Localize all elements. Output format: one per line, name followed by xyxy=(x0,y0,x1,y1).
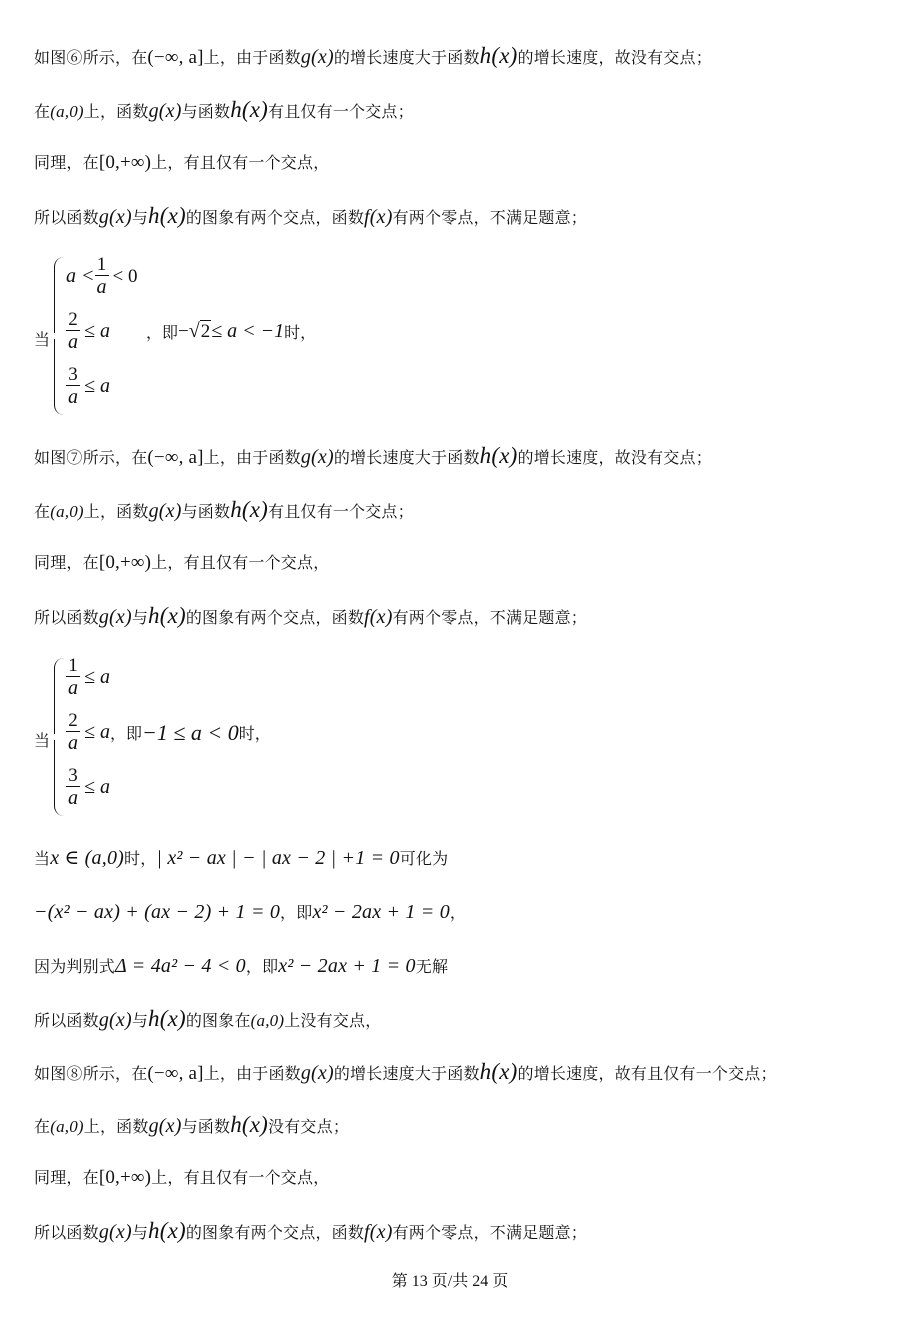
text: 同理，在 xyxy=(34,1168,99,1187)
denominator: a xyxy=(68,331,78,353)
math: h(x) xyxy=(230,1112,268,1137)
text: 与 xyxy=(132,1223,148,1242)
page-number: 第 13 页/共 24 页 xyxy=(0,1268,900,1291)
math: (a,0) xyxy=(50,502,84,521)
math: ≤ a xyxy=(84,776,110,799)
text: 的增长速度大于函数 xyxy=(334,1064,480,1083)
text: 所以函数 xyxy=(34,1011,99,1030)
fraction: 2a xyxy=(66,711,80,754)
text-line: 所以函数g(x)与h(x)的图象在(a,0)上没有交点， xyxy=(34,1008,381,1032)
math: | x² − ax | − | ax − 2 | +1 = 0 xyxy=(156,847,399,869)
case-row: a < 1a < 0 xyxy=(66,255,137,298)
text: 的增长速度，故有且仅有一个交点； xyxy=(518,1064,777,1083)
math: ≤ a xyxy=(84,320,110,343)
case-row: 2a ≤ a ，即 −√2 ≤ a < −1 时， xyxy=(66,310,316,353)
text-line: 所以函数g(x)与h(x)的图象有两个交点，函数f(x)有两个零点，不满足题意； xyxy=(34,605,587,629)
text: 当 xyxy=(34,327,50,350)
text: 同理，在 xyxy=(34,153,99,172)
text: 在 xyxy=(34,102,50,121)
math: (a,0) xyxy=(251,1011,285,1030)
text: 与函数 xyxy=(182,102,231,121)
text: 的图象有两个交点，函数 xyxy=(186,608,364,627)
math: h(x) xyxy=(148,203,186,228)
text: 时， xyxy=(124,849,156,868)
text: 因为判别式 xyxy=(34,957,115,976)
math: −(x² − ax) + (ax − 2) + 1 = 0 xyxy=(34,901,280,923)
text: 所以函数 xyxy=(34,1223,99,1242)
text: 的图象有两个交点，函数 xyxy=(186,208,364,227)
math: f(x) xyxy=(364,206,393,228)
text: 与 xyxy=(132,208,148,227)
math: (a,0) xyxy=(50,1117,84,1136)
numerator: 1 xyxy=(68,656,78,676)
text: 没有交点； xyxy=(268,1117,349,1136)
text: 当 xyxy=(34,849,50,868)
text: ， xyxy=(450,903,466,922)
text: 上没有交点， xyxy=(284,1011,381,1030)
math: g(x) xyxy=(99,606,132,628)
fraction: 3a xyxy=(66,365,80,408)
text: ，即 xyxy=(246,957,278,976)
math: [0,+∞) xyxy=(99,1167,151,1188)
text: ，即 xyxy=(110,721,142,744)
document-page: 如图⑥所示，在(−∞, a]上，由于函数g(x)的增长速度大于函数h(x)的增长… xyxy=(0,0,900,1326)
text-line: 同理，在[0,+∞)上，有且仅有一个交点， xyxy=(34,552,329,574)
text: 当 xyxy=(34,728,50,751)
case-row: 3a ≤ a xyxy=(66,766,110,809)
math: g(x) xyxy=(99,1009,132,1031)
math: (−∞, a] xyxy=(147,1063,203,1084)
text: 的增长速度，故没有交点； xyxy=(518,448,712,467)
text: 上，函数 xyxy=(84,502,149,521)
text: 所以函数 xyxy=(34,208,99,227)
text: 上，有且仅有一个交点， xyxy=(151,553,329,572)
text-line: 如图⑦所示，在(−∞, a]上，由于函数g(x)的增长速度大于函数h(x)的增长… xyxy=(34,445,712,469)
math: h(x) xyxy=(148,1006,186,1031)
math: a < xyxy=(66,265,95,288)
text: 如图⑧所示，在 xyxy=(34,1064,147,1083)
brace-icon xyxy=(54,658,65,734)
numerator: 1 xyxy=(97,255,107,275)
math: h(x) xyxy=(148,603,186,628)
denominator: a xyxy=(68,732,78,754)
text-line: −(x² − ax) + (ax − 2) + 1 = 0，即x² − 2ax … xyxy=(34,901,466,924)
text-line: 同理，在[0,+∞)上，有且仅有一个交点， xyxy=(34,1167,329,1189)
math: g(x) xyxy=(301,446,334,468)
brace-icon xyxy=(54,339,65,415)
text: 上，函数 xyxy=(84,1117,149,1136)
text-line: 同理，在[0,+∞)上，有且仅有一个交点， xyxy=(34,152,329,174)
case-system-2: 当 1a ≤ a 2a ≤ a ，即 −1 ≤ a < 0 时， 3a ≤ a xyxy=(34,656,434,821)
math: x² − 2ax + 1 = 0 xyxy=(312,901,449,923)
case-system-1: 当 a < 1a < 0 2a ≤ a ，即 −√2 ≤ a < −1 时， 3… xyxy=(34,255,434,420)
math: ≤ a xyxy=(84,666,110,689)
numerator: 3 xyxy=(68,766,78,786)
math: g(x) xyxy=(149,1115,182,1137)
text: 有两个零点，不满足题意； xyxy=(393,608,587,627)
text: 无解 xyxy=(416,957,448,976)
math: (a,0) xyxy=(50,102,84,121)
text-line: 如图⑧所示，在(−∞, a]上，由于函数g(x)的增长速度大于函数h(x)的增长… xyxy=(34,1061,777,1085)
text: 有且仅有一个交点； xyxy=(268,502,414,521)
math: − xyxy=(178,321,189,343)
text: 如图⑥所示，在 xyxy=(34,48,147,67)
text: 上，函数 xyxy=(84,102,149,121)
text: 可化为 xyxy=(400,849,449,868)
text: 的增长速度大于函数 xyxy=(334,448,480,467)
denominator: a xyxy=(68,677,78,699)
text: 与函数 xyxy=(182,1117,231,1136)
math: f(x) xyxy=(364,606,393,628)
math: [0,+∞) xyxy=(99,152,151,173)
text: 在 xyxy=(34,1117,50,1136)
brace-icon xyxy=(54,257,65,333)
math: g(x) xyxy=(99,206,132,228)
text: 上，有且仅有一个交点， xyxy=(151,153,329,172)
math: g(x) xyxy=(149,100,182,122)
text: 与函数 xyxy=(182,502,231,521)
text: 同理，在 xyxy=(34,553,99,572)
text: 在 xyxy=(34,502,50,521)
math: g(x) xyxy=(301,46,334,68)
math: ≤ a < −1 xyxy=(211,320,284,343)
math: −1 ≤ a < 0 xyxy=(142,720,239,746)
text: 的增长速度大于函数 xyxy=(334,48,480,67)
text: 与 xyxy=(132,1011,148,1030)
math: x ∈ (a,0) xyxy=(50,847,124,869)
math: < 0 xyxy=(113,266,138,288)
text: ，即 xyxy=(146,320,178,343)
numerator: 2 xyxy=(68,310,78,330)
math: h(x) xyxy=(480,443,518,468)
text: 上，由于函数 xyxy=(204,1064,301,1083)
math: (−∞, a] xyxy=(147,447,203,468)
math: f(x) xyxy=(364,1221,393,1243)
math: x² − 2ax + 1 = 0 xyxy=(278,955,415,977)
text: 时， xyxy=(239,721,271,744)
fraction: 1a xyxy=(66,656,80,699)
text-line: 因为判别式Δ = 4a² − 4 < 0，即x² − 2ax + 1 = 0无解 xyxy=(34,955,448,978)
math: g(x) xyxy=(99,1221,132,1243)
math: Δ = 4a² − 4 < 0 xyxy=(115,955,246,977)
text-line: 所以函数g(x)与h(x)的图象有两个交点，函数f(x)有两个零点，不满足题意； xyxy=(34,205,587,229)
text: 的图象在 xyxy=(186,1011,251,1030)
text: 如图⑦所示，在 xyxy=(34,448,147,467)
text: 与 xyxy=(132,608,148,627)
math: 2 xyxy=(200,320,212,343)
text: 所以函数 xyxy=(34,608,99,627)
text: 有两个零点，不满足题意； xyxy=(393,1223,587,1242)
numerator: 3 xyxy=(68,365,78,385)
math: h(x) xyxy=(480,1059,518,1084)
case-row: 1a ≤ a xyxy=(66,656,110,699)
math: g(x) xyxy=(149,500,182,522)
text: 时， xyxy=(284,320,316,343)
case-row: 3a ≤ a xyxy=(66,365,110,408)
math: (−∞, a] xyxy=(147,47,203,68)
text: 上，由于函数 xyxy=(204,48,301,67)
math: h(x) xyxy=(148,1218,186,1243)
text-line: 在(a,0)上，函数g(x)与函数h(x)没有交点； xyxy=(34,1114,349,1138)
brace-icon xyxy=(54,740,65,816)
fraction: 1a xyxy=(95,255,109,298)
fraction: 3a xyxy=(66,766,80,809)
numerator: 2 xyxy=(68,711,78,731)
text: ，即 xyxy=(280,903,312,922)
denominator: a xyxy=(97,276,107,298)
math: g(x) xyxy=(301,1062,334,1084)
text: 的增长速度，故没有交点； xyxy=(518,48,712,67)
math: h(x) xyxy=(230,97,268,122)
case-row: 2a ≤ a ，即 −1 ≤ a < 0 时， xyxy=(66,711,271,754)
denominator: a xyxy=(68,787,78,809)
math: [0,+∞) xyxy=(99,552,151,573)
math: h(x) xyxy=(480,43,518,68)
text: 上，有且仅有一个交点， xyxy=(151,1168,329,1187)
text: 有两个零点，不满足题意； xyxy=(393,208,587,227)
denominator: a xyxy=(68,386,78,408)
text: 有且仅有一个交点； xyxy=(268,102,414,121)
text: 的图象有两个交点，函数 xyxy=(186,1223,364,1242)
text-line: 在(a,0)上，函数g(x)与函数h(x)有且仅有一个交点； xyxy=(34,499,414,523)
text-line: 所以函数g(x)与h(x)的图象有两个交点，函数f(x)有两个零点，不满足题意； xyxy=(34,1220,587,1244)
text-line: 当x ∈ (a,0)时，| x² − ax | − | ax − 2 | +1 … xyxy=(34,847,448,870)
text-line: 如图⑥所示，在(−∞, a]上，由于函数g(x)的增长速度大于函数h(x)的增长… xyxy=(34,45,712,69)
fraction: 2a xyxy=(66,310,80,353)
math: ≤ a xyxy=(84,721,110,744)
math: ≤ a xyxy=(84,375,110,398)
math: h(x) xyxy=(230,497,268,522)
text-line: 在(a,0)上，函数g(x)与函数h(x)有且仅有一个交点； xyxy=(34,99,414,123)
text: 上，由于函数 xyxy=(204,448,301,467)
